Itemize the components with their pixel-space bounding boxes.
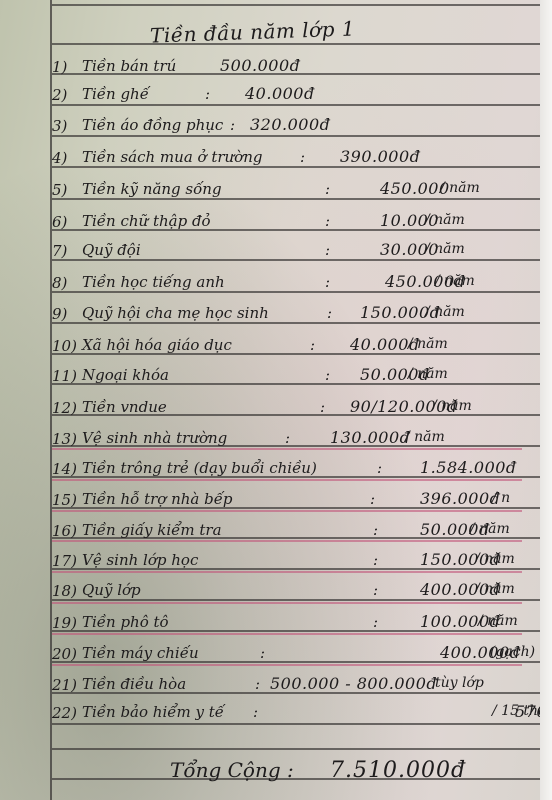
expense-item: 10)Xã hội hóa giáo dục:40.000đ/ năm <box>52 333 542 361</box>
expense-item: 17)Vệ sinh lớp học:150.000đ/ năm <box>52 548 542 576</box>
item-unit: / năm <box>435 273 475 289</box>
item-unit: / năm <box>425 241 465 257</box>
separator-colon: : <box>230 116 235 134</box>
total-amount: 7.510.000đ <box>330 758 466 783</box>
item-label: Tiền điều hòa <box>82 675 186 693</box>
expense-item: 9)Quỹ hội cha mẹ học sinh:150.000đ/ năm <box>52 301 542 329</box>
item-number: 16) <box>52 522 77 540</box>
separator-colon: : <box>325 241 330 259</box>
item-unit: / năm <box>478 613 518 629</box>
expense-item: 21)Tiền điều hòa:500.000 - 800.000đtùy l… <box>52 672 542 700</box>
separator-colon: : <box>253 703 258 721</box>
expense-item: 7)Quỹ đội:30.000/ năm <box>52 238 542 266</box>
item-number: 8) <box>52 274 67 292</box>
item-number: 2) <box>52 86 67 104</box>
separator-colon: : <box>205 85 210 103</box>
item-label: Tiền bảo hiểm y tế <box>82 703 224 721</box>
expense-item: 3)Tiền áo đồng phục:320.000đ <box>52 113 542 141</box>
page-edge <box>540 0 552 800</box>
item-unit: (gạch) <box>490 644 535 660</box>
item-label: Tiền học tiếng anh <box>82 273 225 291</box>
item-label: Tiền máy chiếu <box>82 644 199 662</box>
item-label: Tiền sách mua ở trường <box>82 148 262 166</box>
item-number: 18) <box>52 582 77 600</box>
ruled-line <box>52 748 540 750</box>
separator-colon: : <box>327 304 332 322</box>
expense-item: 1)Tiền bán trú500.000đ <box>52 54 542 82</box>
item-label: Tiền kỹ năng sống <box>82 180 222 198</box>
separator-colon: : <box>373 551 378 569</box>
separator-colon: : <box>373 581 378 599</box>
expense-item: 2)Tiền ghế:40.000đ <box>52 82 542 110</box>
item-unit: / năm <box>432 398 472 414</box>
item-label: Quỹ hội cha mẹ học sinh <box>82 304 269 322</box>
separator-colon: : <box>373 613 378 631</box>
item-label: Tiền trông trẻ (dạy buổi chiều) <box>82 459 317 477</box>
item-amount: 500.000đ <box>220 56 300 75</box>
item-label: Quỹ lớp <box>82 581 141 599</box>
item-number: 4) <box>52 149 67 167</box>
expense-item: 20)Tiền máy chiếu:400.000đ(gạch) <box>52 641 542 669</box>
separator-colon: : <box>285 429 290 447</box>
item-amount: 396.000đ <box>420 489 500 508</box>
expense-item: 4)Tiền sách mua ở trường:390.000đ <box>52 145 542 173</box>
item-amount: 320.000đ <box>250 115 330 134</box>
expense-item: 5)Tiền kỹ năng sống:450.000/ năm <box>52 177 542 205</box>
total-label: Tổng Cộng : <box>170 758 294 782</box>
item-unit: / năm <box>425 212 465 228</box>
item-number: 12) <box>52 399 77 417</box>
item-label: Tiền bán trú <box>82 57 176 75</box>
item-number: 22) <box>52 704 77 722</box>
expense-item: 19)Tiền phô tô:100.000đ/ năm <box>52 610 542 638</box>
separator-colon: : <box>300 148 305 166</box>
separator-colon: : <box>370 490 375 508</box>
item-unit: / năm <box>408 336 448 352</box>
expense-item: 11)Ngoại khóa:50.000đ/ năm <box>52 363 542 391</box>
item-unit: / năm <box>405 429 445 445</box>
expense-item: 6)Tiền chữ thập đỏ:10.000/ năm <box>52 209 542 237</box>
item-label: Vệ sinh nhà trường <box>82 429 227 447</box>
item-number: 17) <box>52 552 77 570</box>
ruled-line <box>52 43 540 45</box>
separator-colon: : <box>373 521 378 539</box>
item-label: Quỹ đội <box>82 241 141 259</box>
separator-colon: : <box>377 459 382 477</box>
total-line: Tổng Cộng : 7.510.000đ <box>170 758 294 782</box>
separator-colon: : <box>325 212 330 230</box>
expense-item: 18)Quỹ lớp:400.000đ/ năm <box>52 578 542 606</box>
expense-item: 15)Tiền hỗ trợ nhà bếp:396.000đ/ n <box>52 487 542 515</box>
item-number: 13) <box>52 430 77 448</box>
item-label: Tiền vndue <box>82 398 167 416</box>
item-label: Ngoại khóa <box>82 366 169 384</box>
item-number: 5) <box>52 181 67 199</box>
expense-item: 14)Tiền trông trẻ (dạy buổi chiều):1.584… <box>52 456 542 484</box>
item-label: Tiền giấy kiểm tra <box>82 521 222 539</box>
item-label: Tiền áo đồng phục <box>82 116 223 134</box>
item-unit: / năm <box>475 581 515 597</box>
item-number: 6) <box>52 213 67 231</box>
item-label: Tiền chữ thập đỏ <box>82 212 211 230</box>
expense-item: 16)Tiền giấy kiểm tra:50.000đ/ năm <box>52 518 542 546</box>
item-amount: 500.000 - 800.000đ <box>270 674 437 693</box>
item-unit: / n <box>492 490 510 506</box>
item-amount: 1.584.000đ <box>420 458 517 477</box>
item-number: 1) <box>52 58 67 76</box>
item-number: 11) <box>52 367 77 385</box>
ruled-line <box>52 4 540 6</box>
item-amount: 390.000đ <box>340 147 420 166</box>
item-number: 20) <box>52 645 77 663</box>
item-number: 14) <box>52 460 77 478</box>
separator-colon: : <box>260 644 265 662</box>
separator-colon: : <box>325 273 330 291</box>
item-amount: 40.000đ <box>245 84 315 103</box>
expense-item: 8)Tiền học tiếng anh:450.000đ/ năm <box>52 270 542 298</box>
separator-colon: : <box>325 366 330 384</box>
item-label: Tiền hỗ trợ nhà bếp <box>82 490 233 508</box>
item-label: Tiền ghế <box>82 85 149 103</box>
item-unit: / năm <box>470 521 510 537</box>
item-number: 15) <box>52 491 77 509</box>
item-number: 7) <box>52 242 67 260</box>
separator-colon: : <box>255 675 260 693</box>
separator-colon: : <box>310 336 315 354</box>
item-unit: / năm <box>440 180 480 196</box>
item-number: 21) <box>52 676 77 694</box>
separator-colon: : <box>325 180 330 198</box>
item-number: 9) <box>52 305 67 323</box>
item-number: 3) <box>52 117 67 135</box>
expense-item: 12)Tiền vndue:90/120.000đ/ năm <box>52 395 542 423</box>
ruled-line <box>52 778 540 780</box>
item-amount: 130.000đ <box>330 428 410 447</box>
expense-item: 22)Tiền bảo hiểm y tế:570.000đ/ 15 tháng <box>52 700 542 728</box>
item-unit: / năm <box>425 304 465 320</box>
item-unit: / năm <box>475 551 515 567</box>
item-unit: tùy lớp <box>435 675 484 691</box>
expense-item: 13)Vệ sinh nhà trường:130.000đ/ năm <box>52 426 542 454</box>
item-label: Xã hội hóa giáo dục <box>82 336 232 354</box>
item-label: Tiền phô tô <box>82 613 169 631</box>
separator-colon: : <box>320 398 325 416</box>
item-number: 19) <box>52 614 77 632</box>
item-label: Vệ sinh lớp học <box>82 551 198 569</box>
notebook-page: Tiền đầu năm lớp 1 1)Tiền bán trú500.000… <box>0 0 540 800</box>
item-unit: / năm <box>408 366 448 382</box>
item-number: 10) <box>52 337 77 355</box>
